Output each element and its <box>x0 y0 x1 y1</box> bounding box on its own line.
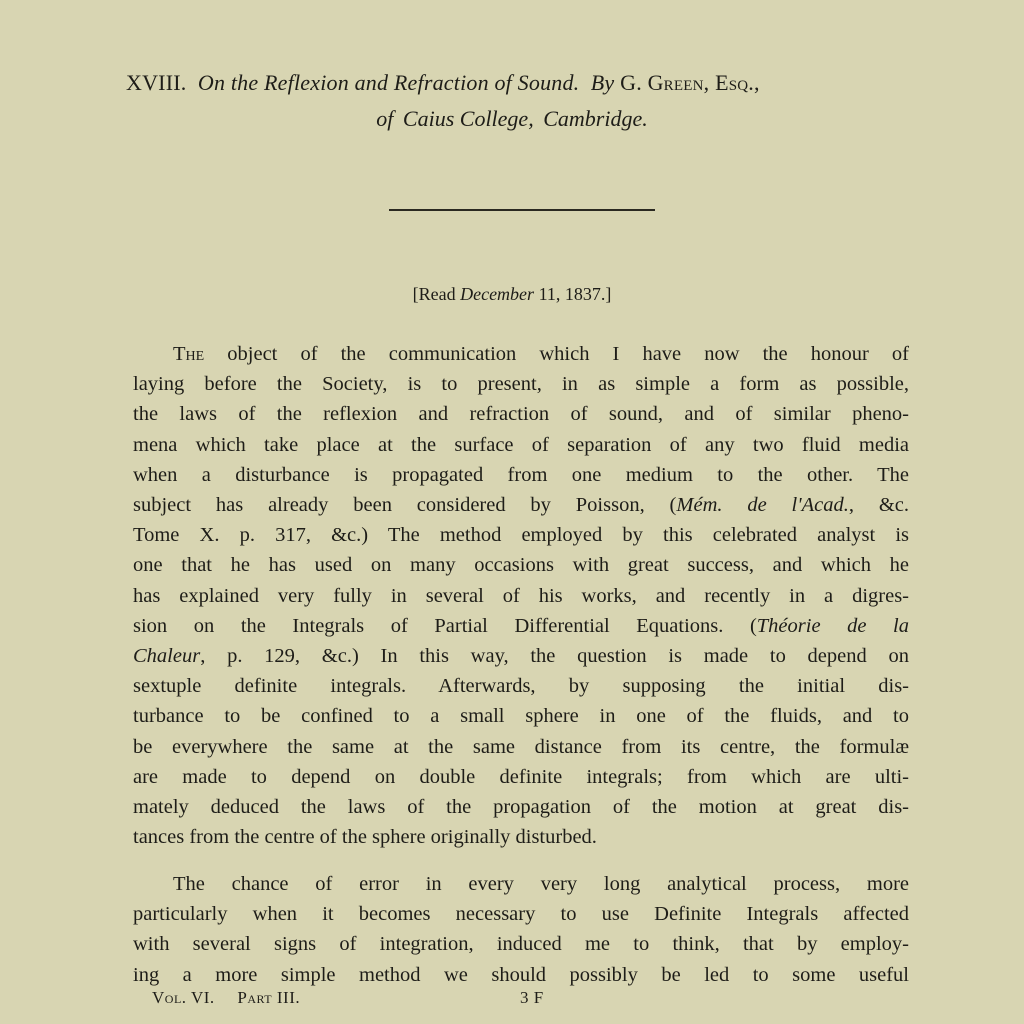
paragraph-line: Tome X. p. 317, &c.) The method employed… <box>133 520 909 550</box>
paragraph-line: the laws of the reflexion and refraction… <box>133 399 909 429</box>
footer-part: Part III. <box>237 988 300 1007</box>
footer-volume: Vol. VI. <box>152 988 215 1007</box>
citation-title: Chaleur <box>133 645 200 667</box>
affiliation-location: Cambridge. <box>543 106 648 131</box>
affiliation-of: of <box>376 106 393 131</box>
document-page: XVIII. On the Reflexion and Refraction o… <box>0 0 1024 1024</box>
footer-signature: 3 F <box>520 988 544 1008</box>
article-title: On the Reflexion and Refraction of Sound… <box>198 70 580 95</box>
title-divider <box>389 209 655 211</box>
author-affiliation: of Caius College, Cambridge. <box>0 106 1024 132</box>
article-title-line: XVIII. On the Reflexion and Refraction o… <box>126 70 926 96</box>
paragraph-line: sion on the Integrals of Partial Differe… <box>133 611 909 641</box>
read-date: 11, 1837.] <box>539 284 612 304</box>
paragraph-line: one that he has used on many occasions w… <box>133 550 909 580</box>
opening-word: The <box>173 343 204 365</box>
line-text: object of the communication which I have… <box>204 343 909 365</box>
paragraph-line: subject has already been considered by P… <box>133 490 909 520</box>
paragraph-line: Chaleur, p. 129, &c.) In this way, the q… <box>133 641 909 671</box>
paragraph-line: mena which take place at the surface of … <box>133 430 909 460</box>
paragraph-1: The object of the communication which I … <box>133 339 909 852</box>
affiliation-college: Caius College, <box>403 106 534 131</box>
byline-by: By <box>591 70 615 95</box>
author-suffix: Esq., <box>715 70 760 95</box>
author-name: G. Green, <box>620 70 709 95</box>
read-date-note: [Read December 11, 1837.] <box>0 284 1024 305</box>
paragraph-line: be everywhere the same at the same dista… <box>133 732 909 762</box>
citation-title: Mém. de l'Acad. <box>676 494 848 516</box>
line-text: sion on the Integrals of Partial Differe… <box>133 615 757 637</box>
paragraph-line: laying before the Society, is to present… <box>133 369 909 399</box>
paragraph-line: particularly when it becomes necessary t… <box>133 899 909 929</box>
read-month: December <box>460 284 534 304</box>
paragraph-line: tances from the centre of the sphere ori… <box>133 822 909 852</box>
paragraph-line: are made to depend on double definite in… <box>133 762 909 792</box>
paragraph-line: The object of the communication which I … <box>133 339 909 369</box>
citation-title: Théorie de la <box>757 615 909 637</box>
paragraph-line: with several signs of integration, induc… <box>133 929 909 959</box>
paragraph-2: The chance of error in every very long a… <box>133 869 909 990</box>
line-text: subject has already been considered by P… <box>133 494 676 516</box>
read-label: [Read <box>413 284 456 304</box>
paragraph-line: The chance of error in every very long a… <box>133 869 909 899</box>
page-footer: Vol. VI. Part III. 3 F <box>152 988 300 1008</box>
paragraph-line: sextuple definite integrals. Afterwards,… <box>133 671 909 701</box>
paragraph-line: has explained very fully in several of h… <box>133 581 909 611</box>
paragraph-line: turbance to be confined to a small spher… <box>133 701 909 731</box>
line-text: , p. 129, &c.) In this way, the question… <box>200 645 909 667</box>
paragraph-line: when a disturbance is propagated from on… <box>133 460 909 490</box>
article-number: XVIII. <box>126 70 186 95</box>
paragraph-line: mately deduced the laws of the propagati… <box>133 792 909 822</box>
line-text: , &c. <box>849 494 909 516</box>
paragraph-line: ing a more simple method we should possi… <box>133 960 909 990</box>
